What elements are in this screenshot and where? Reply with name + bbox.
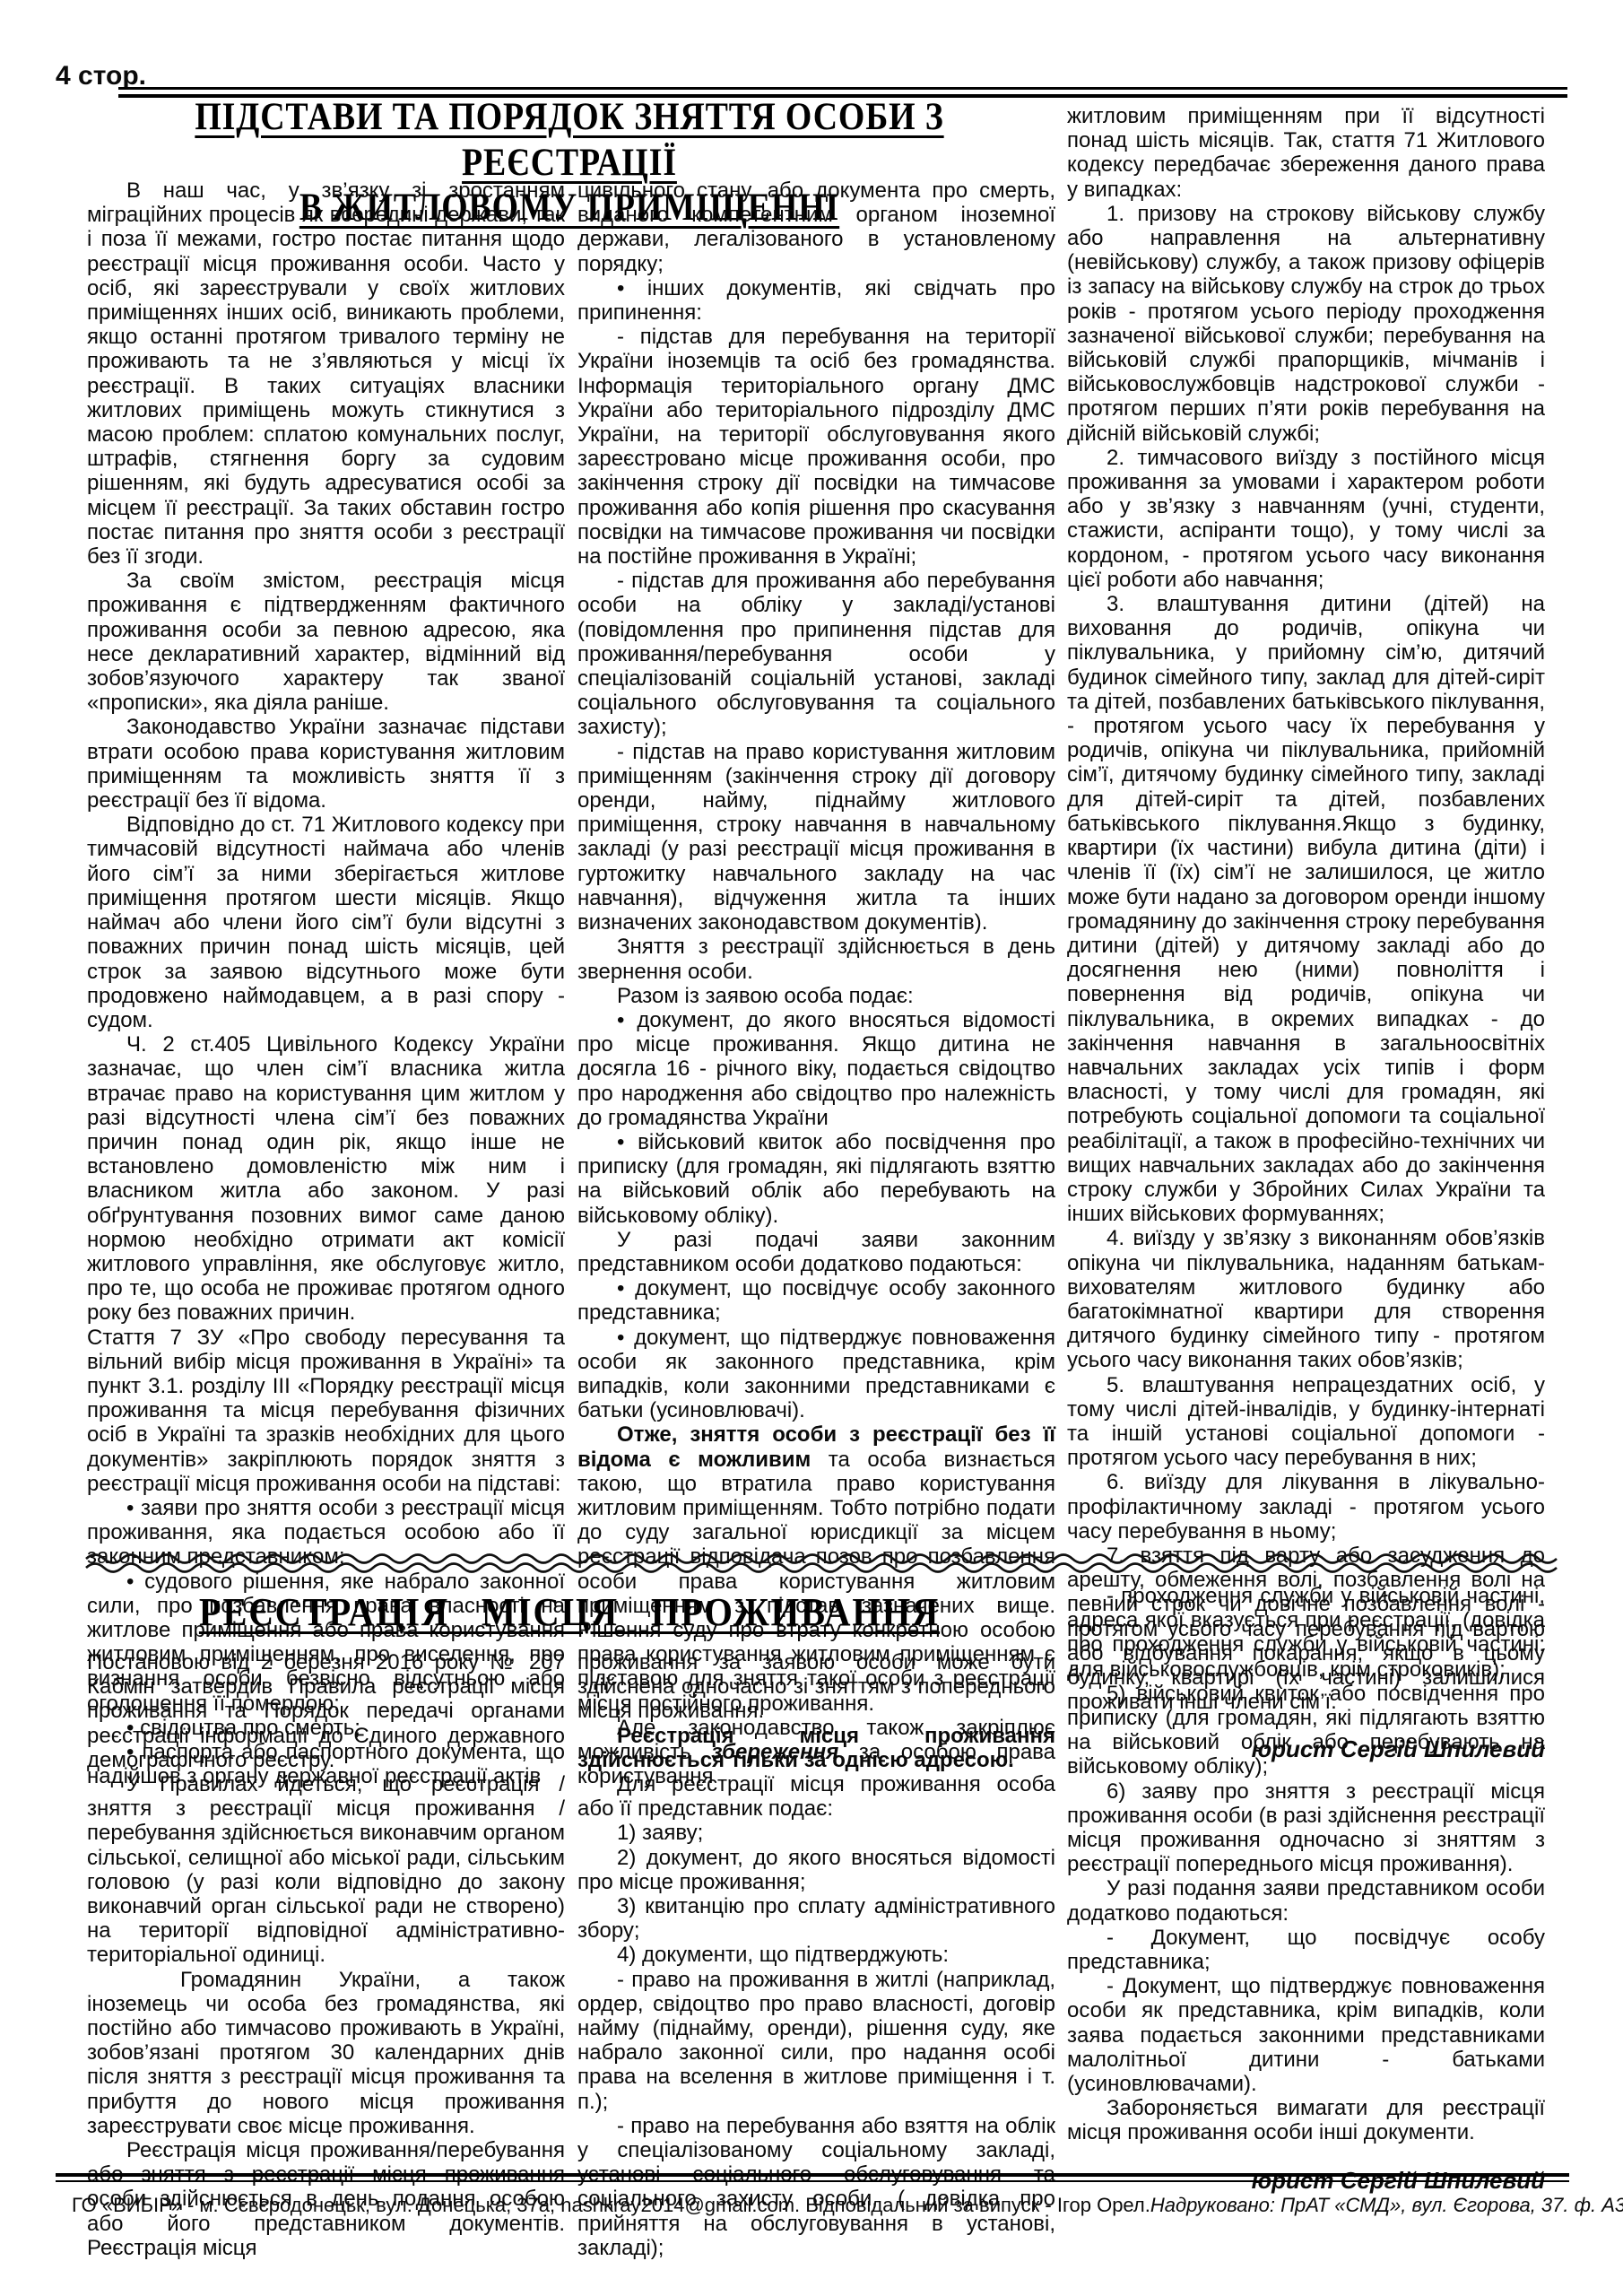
text-segment: Разом із заявою особа подає: [617, 984, 914, 1008]
article2-column-1: Постановою від 2 березня 2016 року № 207… [87, 1650, 565, 2260]
paragraph: - право на проживання в житлі (наприклад… [577, 1968, 1055, 2114]
text-segment: Забороняється вимагати для реєстрації мі… [1067, 2096, 1545, 2144]
text-segment: цивільного стану, або документа про смер… [577, 178, 1055, 276]
text-segment: • документ, до якого вносяться відомості… [577, 1008, 1055, 1130]
paragraph: - підстав для проживання або перебування… [577, 569, 1055, 739]
text-segment: Стаття 7 ЗУ «Про свободу пересування та … [87, 1326, 565, 1496]
text-segment: 2) документ, до якого вносяться відомост… [577, 1846, 1055, 1894]
paragraph: - Документ, що підтверджує повноваження … [1067, 1974, 1545, 2096]
text-segment: У разі подачі заяви законним представник… [577, 1228, 1055, 1276]
text-segment: 3) квитанцію про сплату адміністративног… [577, 1894, 1055, 1943]
paragraph: Зняття з реєстрації здійснюється в день … [577, 935, 1055, 983]
paragraph: Відповідно до ст. 71 Житлового кодексу п… [87, 813, 565, 1032]
paragraph: 4) документи, що підтверджують: [577, 1943, 1055, 1967]
paragraph: У Правилах йдеться, що реєстрація / знят… [87, 1772, 565, 1968]
text-segment: - підстав для проживання або перебування… [577, 569, 1055, 739]
paragraph: • військовий квиток або посвідчення про … [577, 1130, 1055, 1228]
article2-column-1-text: Постановою від 2 березня 2016 року № 207… [87, 1650, 565, 2260]
paragraph: 6. виїзду для лікування в лікувально-про… [1067, 1470, 1545, 1544]
text-segment: Громадянин України, а також іноземець чи… [87, 1968, 565, 2138]
text-segment: У Правилах йдеться, що реєстрація / знят… [87, 1772, 565, 1967]
paragraph: Законодавство України зазначає підстави … [87, 715, 565, 813]
text-segment: 3. влаштування дитини (дітей) на вихован… [1067, 592, 1545, 1226]
wavy-divider [85, 1552, 1565, 1574]
article1-column-3-text: житловим приміщенням при її відсутності … [1067, 104, 1545, 1714]
text-segment: 6) заяву про зняття з реєстрації місця п… [1067, 1779, 1545, 1877]
paragraph: Разом із заявою особа подає: [577, 984, 1055, 1008]
paragraph: • документ, до якого вносяться відомості… [577, 1008, 1055, 1130]
paragraph: 2. тимчасового виїзду з постійного місця… [1067, 446, 1545, 592]
paragraph: житловим приміщенням при її відсутності … [1067, 104, 1545, 202]
paragraph: 3. влаштування дитини (дітей) на вихован… [1067, 592, 1545, 1226]
text-segment: - підстав для перебування на території У… [577, 325, 1055, 569]
text-segment: В наш час, у зв’язку зі зростанням мігра… [87, 178, 565, 569]
text-segment: • документ, що підтверджує повноваження … [577, 1326, 1055, 1423]
text-segment: - Документ, що посвідчує особу представн… [1067, 1926, 1545, 1974]
paragraph: - право на перебування або взяття на обл… [577, 2114, 1055, 2260]
text-segment: 5) військовий квиток або посвідчення про… [1067, 1682, 1545, 1779]
paragraph: Громадянин України, а також іноземець чи… [87, 1968, 565, 2138]
paragraph: - Документ, що посвідчує особу представн… [1067, 1926, 1545, 1974]
text-segment: 4) документи, що підтверджують: [617, 1943, 949, 1967]
paragraph: 3) квитанцію про сплату адміністративног… [577, 1894, 1055, 1943]
paragraph: - підстав на право користування житловим… [577, 740, 1055, 935]
article1-column-1: В наш час, у зв’язку зі зростанням мігра… [87, 178, 565, 1788]
article1-column-2-text: цивільного стану, або документа про смер… [577, 178, 1055, 1788]
text-segment: 1) заяву; [617, 1821, 703, 1845]
paragraph: У разі подання заяви представником особи… [1067, 1876, 1545, 1925]
text-segment: • документ, що посвідчує особу законного… [577, 1276, 1055, 1325]
text-segment: Ч. 2 ст.405 Цивільного Кодексу України з… [87, 1032, 565, 1325]
text-segment: Реєстрація місця проживання здійснюється… [577, 1724, 1055, 1772]
text-segment: житловим приміщенням при її відсутності … [1067, 104, 1545, 202]
footer-imprint-main: ГО «ВИБІР» - м. Сєвєродонецьк, вул. Доне… [72, 2194, 1150, 2216]
article2-column-2-text: проживання за заявою особи може бути зді… [577, 1650, 1055, 2260]
paragraph: У разі подачі заяви законним представник… [577, 1228, 1055, 1276]
text-segment: - Документ, що підтверджує повноваження … [1067, 1974, 1545, 2096]
text-segment: У разі подання заяви представником особи… [1067, 1876, 1545, 1925]
text-segment: Зняття з реєстрації здійснюється в день … [577, 935, 1055, 983]
text-segment: 4. виїзду у зв’язку з виконанням обов’яз… [1067, 1226, 1545, 1372]
article2-column-3: - проходження служби у військовій частин… [1067, 1584, 1545, 2193]
article1-column-1-text: В наш час, у зв’язку зі зростанням мігра… [87, 178, 565, 1788]
paragraph: Реєстрація місця проживання здійснюється… [577, 1724, 1055, 1772]
article1-column-3: житловим приміщенням при її відсутності … [1067, 104, 1545, 1762]
text-segment: проживання за заявою особи може бути зді… [577, 1650, 1055, 1723]
text-segment: - проходження служби у військовій частин… [1067, 1584, 1545, 1682]
paragraph: 4. виїзду у зв’язку з виконанням обов’яз… [1067, 1226, 1545, 1372]
text-segment: 2. тимчасового виїзду з постійного місця… [1067, 446, 1545, 592]
paragraph: • документ, що підтверджує повноваження … [577, 1326, 1055, 1423]
text-segment: Постановою від 2 березня 2016 року № 207… [87, 1650, 565, 1772]
text-segment: Відповідно до ст. 71 Житлового кодексу п… [87, 813, 565, 1032]
footer-rule [56, 2173, 1569, 2182]
paragraph: • інших документів, які свідчать про при… [577, 276, 1055, 325]
paragraph: 1) заяву; [577, 1821, 1055, 1845]
text-segment: 5. влаштування непрацездатних осіб, у то… [1067, 1373, 1545, 1471]
text-segment: 1. призову на строкову військову службу … [1067, 202, 1545, 446]
paragraph: проживання за заявою особи може бути зді… [577, 1650, 1055, 1724]
paragraph: цивільного стану, або документа про смер… [577, 178, 1055, 276]
paragraph: • документ, що посвідчує особу законного… [577, 1276, 1055, 1325]
text-segment: - право на перебування або взяття на обл… [577, 2114, 1055, 2260]
text-segment: - підстав на право користування житловим… [577, 740, 1055, 935]
paragraph: Забороняється вимагати для реєстрації мі… [1067, 2096, 1545, 2144]
text-segment: Для реєстрації місця проживання особа аб… [577, 1772, 1055, 1821]
paragraph: 5) військовий квиток або посвідчення про… [1067, 1682, 1545, 1779]
footer-imprint: ГО «ВИБІР» - м. Сєвєродонецьк, вул. Доне… [72, 2194, 1565, 2217]
article1-column-2: цивільного стану, або документа про смер… [577, 178, 1055, 1788]
paragraph: В наш час, у зв’язку зі зростанням мігра… [87, 178, 565, 569]
article1-title-line1: ПІДСТАВИ ТА ПОРЯДОК ЗНЯТТЯ ОСОБИ З РЕЄСТ… [195, 96, 943, 184]
text-segment: 6. виїзду для лікування в лікувально-про… [1067, 1470, 1545, 1543]
text-segment: • інших документів, які свідчать про при… [577, 276, 1055, 325]
text-segment: Законодавство України зазначає підстави … [87, 715, 565, 813]
text-segment: За своїм змістом, реєстрація місця прожи… [87, 569, 565, 715]
paragraph: Стаття 7 ЗУ «Про свободу пересування та … [87, 1326, 565, 1496]
article2-column-3-text: - проходження служби у військовій частин… [1067, 1584, 1545, 2145]
paragraph: За своїм змістом, реєстрація місця прожи… [87, 569, 565, 715]
article2-title: РЕЄСТРАЦІЯ МІСЦЯ ПРОЖИВАННЯ [124, 1589, 1015, 1635]
newspaper-page: 4 стор. ПІДСТАВИ ТА ПОРЯДОК ЗНЯТТЯ ОСОБИ… [0, 0, 1623, 2296]
text-segment: • військовий квиток або посвідчення про … [577, 1130, 1055, 1228]
article2-column-2: проживання за заявою особи може бути зді… [577, 1650, 1055, 2260]
text-segment: - право на проживання в житлі (наприклад… [577, 1968, 1055, 2114]
paragraph: 5. влаштування непрацездатних осіб, у то… [1067, 1373, 1545, 1471]
paragraph: Постановою від 2 березня 2016 року № 207… [87, 1650, 565, 1772]
paragraph: Для реєстрації місця проживання особа аб… [577, 1772, 1055, 1821]
paragraph: 1. призову на строкову військову службу … [1067, 202, 1545, 446]
footer-imprint-printinfo: Надруковано: ПрАТ «СМД», вул. Єгорова, 3… [1150, 2194, 1623, 2216]
paragraph: - проходження служби у військовій частин… [1067, 1584, 1545, 1682]
paragraph: 6) заяву про зняття з реєстрації місця п… [1067, 1779, 1545, 1877]
paragraph: 2) документ, до якого вносяться відомост… [577, 1846, 1055, 1894]
paragraph: - підстав для перебування на території У… [577, 325, 1055, 569]
article2-title-line: РЕЄСТРАЦІЯ МІСЦЯ ПРОЖИВАННЯ [199, 1590, 940, 1634]
paragraph: Ч. 2 ст.405 Цивільного Кодексу України з… [87, 1032, 565, 1325]
